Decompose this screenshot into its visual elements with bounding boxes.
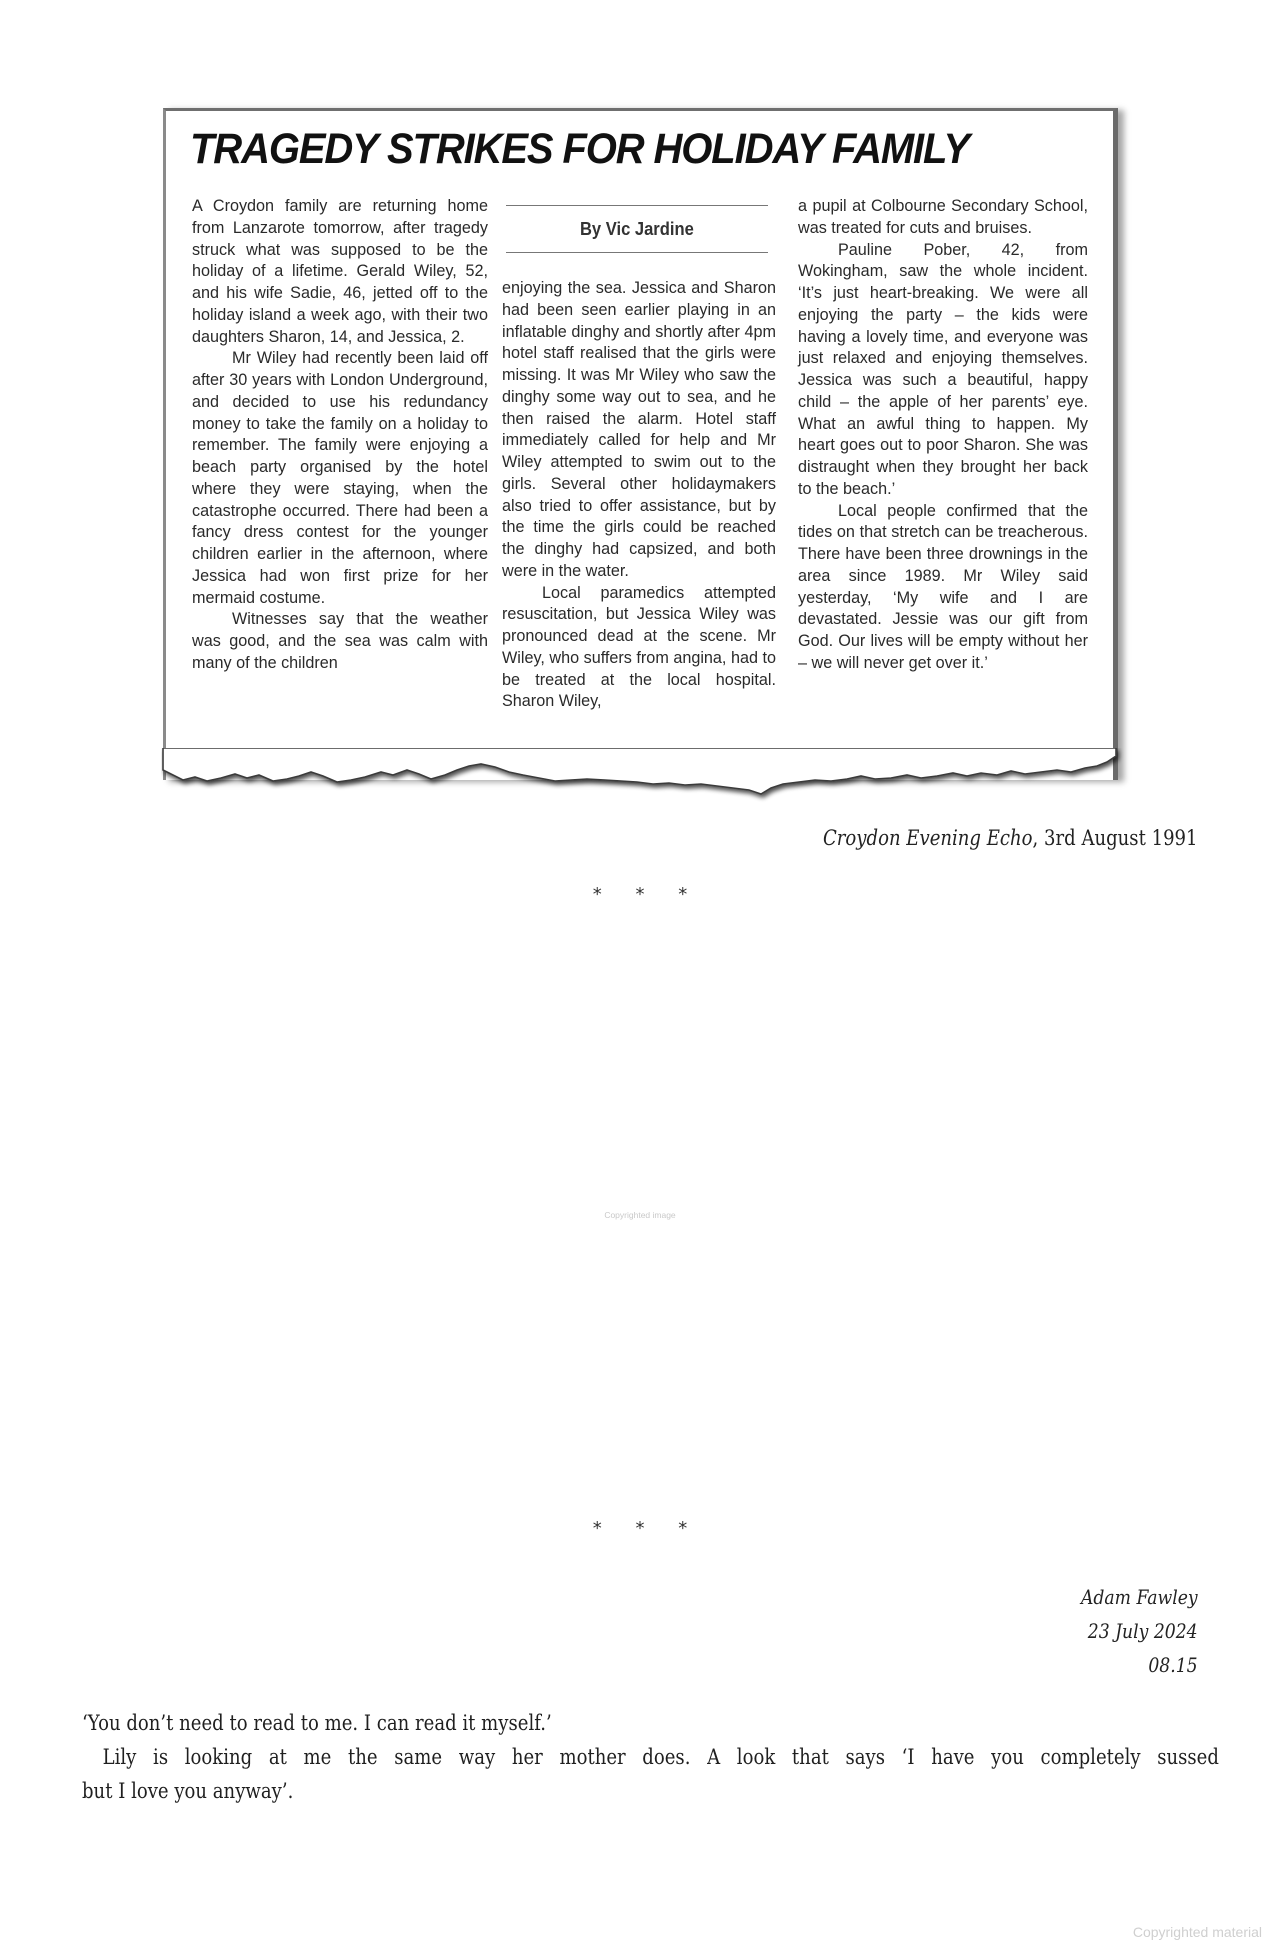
clipping-paragraph: Local people confirmed that the tides on… — [798, 501, 1088, 675]
clipping-paper: TRAGEDY STRIKES FOR HOLIDAY FAMILY A Cro… — [163, 108, 1118, 780]
dateline-time: 08.15 — [1081, 1648, 1198, 1682]
clipping-paragraph: Mr Wiley had recently been laid off afte… — [192, 348, 488, 609]
clipping-caption: Croydon Evening Echo, 3rd August 1991 — [823, 826, 1198, 850]
copyrighted-image-placeholder: Copyrighted image — [0, 1210, 1280, 1220]
scene-break: * * * — [0, 884, 1280, 905]
body-text: ‘You don’t need to read to me. I can rea… — [82, 1706, 1198, 1808]
torn-edge-graphic — [161, 748, 1133, 804]
caption-publication: Croydon Evening Echo — [823, 826, 1033, 850]
clipping-paragraph: A Croydon family are returning home from… — [192, 196, 488, 348]
clipping-paragraph: Witnesses say that the weather was good,… — [192, 609, 488, 674]
clipping-column-1: A Croydon family are returning home from… — [192, 196, 488, 675]
clipping-headline: TRAGEDY STRIKES FOR HOLIDAY FAMILY — [190, 125, 969, 174]
body-line: Lily is looking at me the same way her m… — [103, 1740, 1219, 1774]
clipping-column-3: a pupil at Colbourne Secondary School, w… — [798, 196, 1088, 675]
newspaper-clipping: TRAGEDY STRIKES FOR HOLIDAY FAMILY A Cro… — [163, 108, 1127, 798]
body-paragraph-continuation: but I love you anyway’. — [82, 1774, 1042, 1808]
clipping-paragraph: enjoying the sea. Jessica and Sharon had… — [502, 278, 776, 583]
copyright-watermark: Copyrighted material — [1133, 1924, 1262, 1940]
byline-box: By Vic Jardine — [506, 205, 768, 253]
dateline-date: 23 July 2024 — [1081, 1614, 1198, 1648]
clipping-paragraph: Local paramedics attempted resuscitation… — [502, 583, 776, 714]
scene-break: * * * — [0, 1518, 1280, 1539]
clipping-paragraph: a pupil at Colbourne Secondary School, w… — [798, 196, 1088, 240]
caption-date: , 3rd August 1991 — [1033, 826, 1198, 850]
byline: By Vic Jardine — [580, 219, 694, 240]
body-paragraph: ‘You don’t need to read to me. I can rea… — [82, 1706, 1042, 1740]
clipping-column-2: enjoying the sea. Jessica and Sharon had… — [502, 278, 776, 713]
body-paragraph: Lily is looking at me the same way her m… — [82, 1740, 1042, 1774]
chapter-dateline: Adam Fawley 23 July 2024 08.15 — [1062, 1580, 1198, 1682]
clipping-paragraph: Pauline Pober, 42, from Wokingham, saw t… — [798, 240, 1088, 501]
dateline-narrator: Adam Fawley — [1081, 1580, 1198, 1614]
